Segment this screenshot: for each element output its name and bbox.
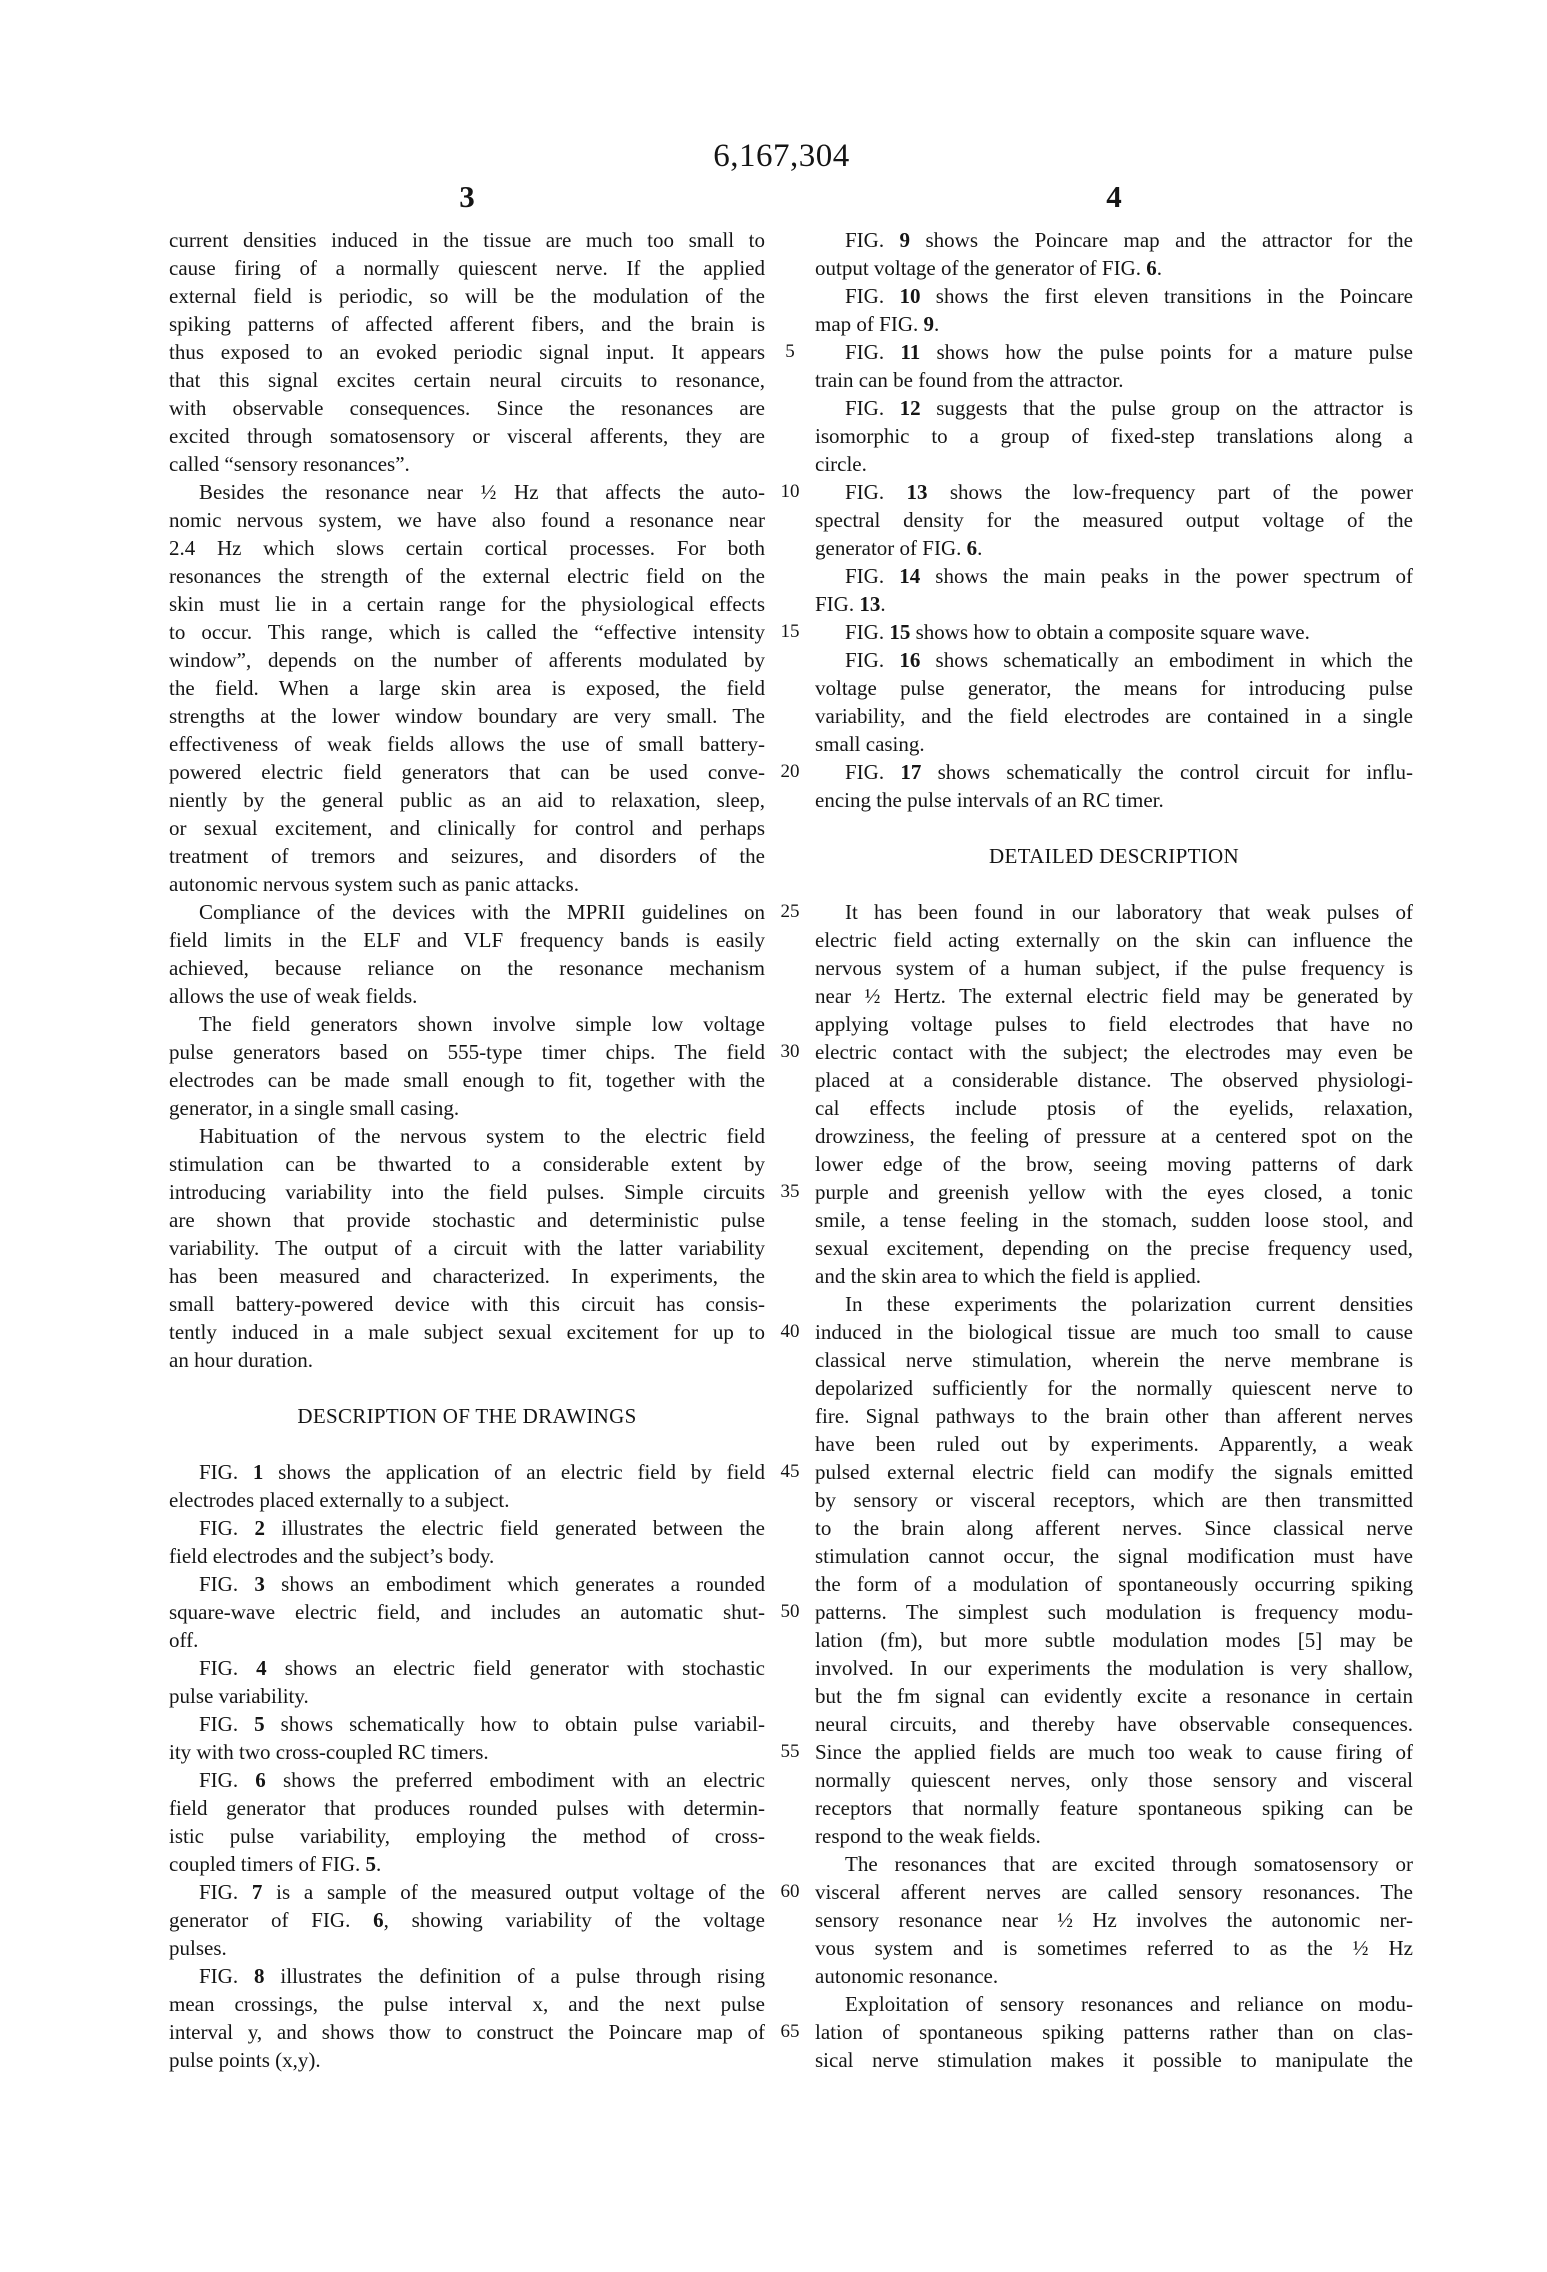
text-line: fire. Signal pathways to the brain other…	[815, 1402, 1413, 1430]
text-line: nomic nervous system, we have also found…	[169, 506, 765, 534]
text-line: current densities induced in the tissue …	[169, 226, 765, 254]
line-number: 55	[763, 1738, 817, 1766]
text-line: field electrodes and the subject’s body.	[169, 1542, 765, 1570]
text-line: electric field acting externally on the …	[815, 926, 1413, 954]
text-line: circle.	[815, 450, 1413, 478]
text-line: that this signal excites certain neural …	[169, 366, 765, 394]
text-line: effectiveness of weak fields allows the …	[169, 730, 765, 758]
section-heading: DESCRIPTION OF THE DRAWINGS	[169, 1402, 765, 1430]
text-line: the field. When a large skin area is exp…	[169, 674, 765, 702]
left-column-text: current densities induced in the tissue …	[169, 226, 765, 2074]
text-line: FIG. 1 shows the application of an elect…	[169, 1458, 765, 1486]
line-number: 50	[763, 1598, 817, 1626]
text-line: electric contact with the subject; the e…	[815, 1038, 1413, 1066]
text-line: The resonances that are excited through …	[815, 1850, 1413, 1878]
text-line: and the skin area to which the field is …	[815, 1262, 1413, 1290]
text-line: with observable consequences. Since the …	[169, 394, 765, 422]
text-line: resonances the strength of the external …	[169, 562, 765, 590]
text-line: cause firing of a normally quiescent ner…	[169, 254, 765, 282]
text-line: interval y, and shows thow to construct …	[169, 2018, 765, 2046]
text-line: classical nerve stimulation, wherein the…	[815, 1346, 1413, 1374]
text-line	[169, 1374, 765, 1402]
text-line: to occur. This range, which is called th…	[169, 618, 765, 646]
text-line: placed at a considerable distance. The o…	[815, 1066, 1413, 1094]
text-line: achieved, because reliance on the resona…	[169, 954, 765, 982]
text-line: In these experiments the polarization cu…	[815, 1290, 1413, 1318]
text-line: stimulation can be thwarted to a conside…	[169, 1150, 765, 1178]
text-line: pulse generators based on 555-type timer…	[169, 1038, 765, 1066]
text-line: introducing variability into the field p…	[169, 1178, 765, 1206]
text-line	[815, 870, 1413, 898]
text-line: cal effects include ptosis of the eyelid…	[815, 1094, 1413, 1122]
line-number: 60	[763, 1878, 817, 1906]
text-line: stimulation cannot occur, the signal mod…	[815, 1542, 1413, 1570]
text-line: autonomic nervous system such as panic a…	[169, 870, 765, 898]
text-line: It has been found in our laboratory that…	[815, 898, 1413, 926]
text-line: depolarized sufficiently for the normall…	[815, 1374, 1413, 1402]
text-line: the form of a modulation of spontaneousl…	[815, 1570, 1413, 1598]
text-line: tently induced in a male subject sexual …	[169, 1318, 765, 1346]
text-line: spiking patterns of affected afferent fi…	[169, 310, 765, 338]
text-line: autonomic resonance.	[815, 1962, 1413, 1990]
text-line: pulse variability.	[169, 1682, 765, 1710]
text-line: pulsed external electric field can modif…	[815, 1458, 1413, 1486]
text-line: isomorphic to a group of fixed-step tran…	[815, 422, 1413, 450]
text-line: Compliance of the devices with the MPRII…	[169, 898, 765, 926]
patent-page: 6,167,304 3 4 current densities induced …	[0, 0, 1547, 2272]
text-line: FIG. 7 is a sample of the measured outpu…	[169, 1878, 765, 1906]
text-line: purple and greenish yellow with the eyes…	[815, 1178, 1413, 1206]
text-line: generator of FIG. 6, showing variability…	[169, 1906, 765, 1934]
text-line	[815, 814, 1413, 842]
text-line: 2.4 Hz which slows certain cortical proc…	[169, 534, 765, 562]
text-line: to the brain along afferent nerves. Sinc…	[815, 1514, 1413, 1542]
text-line: lower edge of the brow, seeing moving pa…	[815, 1150, 1413, 1178]
text-line: The field generators shown involve simpl…	[169, 1010, 765, 1038]
text-line: window”, depends on the number of affere…	[169, 646, 765, 674]
text-line: FIG. 13 shows the low-frequency part of …	[815, 478, 1413, 506]
text-line: involved. In our experiments the modulat…	[815, 1654, 1413, 1682]
text-line: small casing.	[815, 730, 1413, 758]
text-line: FIG. 9 shows the Poincare map and the at…	[815, 226, 1413, 254]
text-line: spectral density for the measured output…	[815, 506, 1413, 534]
text-line: sical nerve stimulation makes it possibl…	[815, 2046, 1413, 2074]
text-line: FIG. 5 shows schematically how to obtain…	[169, 1710, 765, 1738]
text-line: square-wave electric field, and includes…	[169, 1598, 765, 1626]
text-line: thus exposed to an evoked periodic signa…	[169, 338, 765, 366]
text-line: FIG. 6 shows the preferred embodiment wi…	[169, 1766, 765, 1794]
line-number: 40	[763, 1318, 817, 1346]
line-number: 30	[763, 1038, 817, 1066]
text-line: Exploitation of sensory resonances and r…	[815, 1990, 1413, 2018]
text-line: drowziness, the feeling of pressure at a…	[815, 1122, 1413, 1150]
column-number-right: 4	[815, 180, 1413, 214]
text-line	[169, 1430, 765, 1458]
text-line: voltage pulse generator, the means for i…	[815, 674, 1413, 702]
text-line: generator, in a single small casing.	[169, 1094, 765, 1122]
text-line: neural circuits, and thereby have observ…	[815, 1710, 1413, 1738]
text-line: are shown that provide stochastic and de…	[169, 1206, 765, 1234]
text-line: FIG. 4 shows an electric field generator…	[169, 1654, 765, 1682]
text-line: output voltage of the generator of FIG. …	[815, 254, 1413, 282]
text-line: strengths at the lower window boundary a…	[169, 702, 765, 730]
text-line: excited through somatosensory or viscera…	[169, 422, 765, 450]
text-line: smile, a tense feeling in the stomach, s…	[815, 1206, 1413, 1234]
text-line: mean crossings, the pulse interval x, an…	[169, 1990, 765, 2018]
right-column-text: FIG. 9 shows the Poincare map and the at…	[815, 226, 1413, 2074]
text-line: external field is periodic, so will be t…	[169, 282, 765, 310]
text-line: applying voltage pulses to field electro…	[815, 1010, 1413, 1038]
line-number: 25	[763, 898, 817, 926]
text-line: vous system and is sometimes referred to…	[815, 1934, 1413, 1962]
text-line: or sexual excitement, and clinically for…	[169, 814, 765, 842]
text-line: train can be found from the attractor.	[815, 366, 1413, 394]
text-line: Besides the resonance near ½ Hz that aff…	[169, 478, 765, 506]
text-line: sensory resonance near ½ Hz involves the…	[815, 1906, 1413, 1934]
text-line: has been measured and characterized. In …	[169, 1262, 765, 1290]
text-line: pulse points (x,y).	[169, 2046, 765, 2074]
text-line: FIG. 12 suggests that the pulse group on…	[815, 394, 1413, 422]
text-line: field generator that produces rounded pu…	[169, 1794, 765, 1822]
text-line: patterns. The simplest such modulation i…	[815, 1598, 1413, 1626]
text-line: off.	[169, 1626, 765, 1654]
text-line: FIG. 14 shows the main peaks in the powe…	[815, 562, 1413, 590]
text-line: lation of spontaneous spiking patterns r…	[815, 2018, 1413, 2046]
text-line: small battery-powered device with this c…	[169, 1290, 765, 1318]
text-line: powered electric field generators that c…	[169, 758, 765, 786]
text-line: an hour duration.	[169, 1346, 765, 1374]
text-line: variability. The output of a circuit wit…	[169, 1234, 765, 1262]
text-line: near ½ Hertz. The external electric fiel…	[815, 982, 1413, 1010]
line-number: 35	[763, 1178, 817, 1206]
line-number: 65	[763, 2018, 817, 2046]
text-line: lation (fm), but more subtle modulation …	[815, 1626, 1413, 1654]
text-line: encing the pulse intervals of an RC time…	[815, 786, 1413, 814]
text-line: Habituation of the nervous system to the…	[169, 1122, 765, 1150]
text-line: skin must lie in a certain range for the…	[169, 590, 765, 618]
section-heading: DETAILED DESCRIPTION	[815, 842, 1413, 870]
line-number: 10	[763, 478, 817, 506]
text-line: Since the applied fields are much too we…	[815, 1738, 1413, 1766]
text-line: FIG. 15 shows how to obtain a composite …	[815, 618, 1413, 646]
text-line: coupled timers of FIG. 5.	[169, 1850, 765, 1878]
text-line: sexual excitement, depending on the prec…	[815, 1234, 1413, 1262]
line-number: 45	[763, 1458, 817, 1486]
text-line: FIG. 10 shows the first eleven transitio…	[815, 282, 1413, 310]
text-line: map of FIG. 9.	[815, 310, 1413, 338]
text-line: FIG. 2 illustrates the electric field ge…	[169, 1514, 765, 1542]
text-line: FIG. 13.	[815, 590, 1413, 618]
text-line: generator of FIG. 6.	[815, 534, 1413, 562]
line-number: 20	[763, 758, 817, 786]
line-number: 15	[763, 618, 817, 646]
text-line: FIG. 11 shows how the pulse points for a…	[815, 338, 1413, 366]
text-line: visceral afferent nerves are called sens…	[815, 1878, 1413, 1906]
text-line: pulses.	[169, 1934, 765, 1962]
text-line: electrodes can be made small enough to f…	[169, 1066, 765, 1094]
text-line: ity with two cross-coupled RC timers.	[169, 1738, 765, 1766]
text-line: istic pulse variability, employing the m…	[169, 1822, 765, 1850]
text-line: normally quiescent nerves, only those se…	[815, 1766, 1413, 1794]
text-line: have been ruled out by experiments. Appa…	[815, 1430, 1413, 1458]
text-line: FIG. 16 shows schematically an embodimen…	[815, 646, 1413, 674]
text-line: by sensory or visceral receptors, which …	[815, 1486, 1413, 1514]
text-line: treatment of tremors and seizures, and d…	[169, 842, 765, 870]
text-line: induced in the biological tissue are muc…	[815, 1318, 1413, 1346]
text-line: but the fm signal can evidently excite a…	[815, 1682, 1413, 1710]
patent-number: 6,167,304	[150, 138, 1413, 174]
text-line: called “sensory resonances”.	[169, 450, 765, 478]
text-line: field limits in the ELF and VLF frequenc…	[169, 926, 765, 954]
text-line: nervous system of a human subject, if th…	[815, 954, 1413, 982]
text-line: respond to the weak fields.	[815, 1822, 1413, 1850]
text-line: receptors that normally feature spontane…	[815, 1794, 1413, 1822]
text-line: variability, and the field electrodes ar…	[815, 702, 1413, 730]
text-line: allows the use of weak fields.	[169, 982, 765, 1010]
text-line: FIG. 8 illustrates the definition of a p…	[169, 1962, 765, 1990]
text-line: electrodes placed externally to a subjec…	[169, 1486, 765, 1514]
text-line: niently by the general public as an aid …	[169, 786, 765, 814]
column-number-left: 3	[169, 180, 765, 214]
text-line: FIG. 3 shows an embodiment which generat…	[169, 1570, 765, 1598]
line-number: 5	[763, 338, 817, 366]
text-line: FIG. 17 shows schematically the control …	[815, 758, 1413, 786]
